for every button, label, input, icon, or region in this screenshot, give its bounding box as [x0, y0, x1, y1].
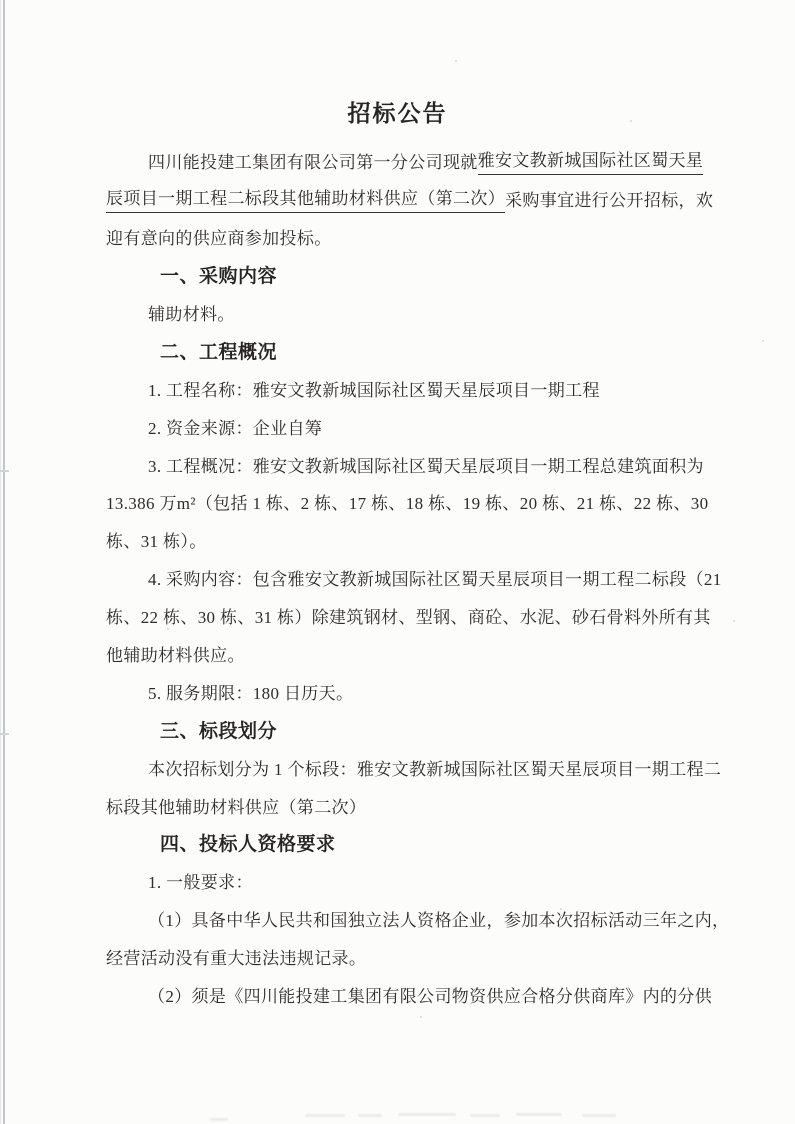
scan-edge-nick [0, 470, 9, 472]
text-line: 本次招标划分为 1 个标段：雅安文教新城国际社区蜀天星辰项目一期工程二 [106, 748, 696, 786]
bleed-through-mark [516, 1113, 562, 1116]
text-line: 栋、31 栋）。 [106, 521, 696, 559]
text-segment: 2. 资金来源：企业自筹 [148, 414, 322, 439]
bleed-through-mark [358, 1114, 382, 1117]
text-line: 辅助材料。 [106, 294, 696, 332]
document-lines: 四川能投建工集团有限公司第一分公司现就雅安文教新城国际社区蜀天星辰项目一期工程二… [106, 142, 696, 1013]
text-line: （1）具备中华人民共和国独立法人资格企业，参加本次招标活动三年之内， [106, 900, 696, 938]
scan-edge-line [3, 0, 5, 1124]
text-segment: 栋、22 栋、30 栋、31 栋）除建筑钢材、型钢、商砼、水泥、砂石骨料外所有其 [106, 603, 711, 628]
text-segment: （1）具备中华人民共和国独立法人资格企业，参加本次招标活动三年之内， [148, 906, 729, 931]
text-line: 经营活动没有重大违法违规记录。 [106, 938, 696, 976]
scan-speck [455, 60, 457, 62]
scanned-document-page: 招标公告 四川能投建工集团有限公司第一分公司现就雅安文教新城国际社区蜀天星辰项目… [0, 0, 795, 1124]
text-segment: 他辅助材料供应。 [106, 641, 245, 666]
text-segment: 二、工程概况 [160, 337, 277, 364]
page-title: 招标公告 [0, 95, 795, 128]
text-segment: 3. 工程概况：雅安文教新城国际社区蜀天星辰项目一期工程总建筑面积为 [148, 452, 704, 477]
scan-speck [420, 1016, 422, 1018]
text-line: 1. 一般要求： [106, 862, 696, 900]
text-line: 他辅助材料供应。 [106, 635, 696, 673]
section-heading: 二、工程概况 [106, 331, 696, 369]
text-segment: 四、投标人资格要求 [160, 829, 336, 856]
scan-edge-line-outer [0, 0, 1, 1124]
text-line: 5. 服务期限：180 日历天。 [106, 672, 696, 710]
scan-speck [762, 340, 764, 342]
text-line: 栋、22 栋、30 栋、31 栋）除建筑钢材、型钢、商砼、水泥、砂石骨料外所有其 [106, 597, 696, 635]
text-segment: 5. 服务期限：180 日历天。 [148, 679, 353, 704]
text-segment: 4. 采购内容：包含雅安文教新城国际社区蜀天星辰项目一期工程二标段（21 [148, 565, 722, 590]
text-segment: 13.386 万m²（包括 1 栋、2 栋、17 栋、18 栋、19 栋、20 … [106, 489, 708, 514]
underlined-text: 辰项目一期工程二标段其他辅助材料供应（第二次） [106, 184, 505, 213]
text-segment: 四川能投建工集团有限公司第一分公司现就 [148, 148, 478, 173]
text-line: 13.386 万m²（包括 1 栋、2 栋、17 栋、18 栋、19 栋、20 … [106, 483, 696, 521]
text-segment: 辅助材料。 [148, 300, 235, 325]
section-heading: 三、标段划分 [106, 710, 696, 748]
text-segment: 采购事宜进行公开招标，欢 [505, 186, 713, 211]
underlined-text: 雅安文教新城国际社区蜀天星 [478, 146, 704, 175]
text-line: 3. 工程概况：雅安文教新城国际社区蜀天星辰项目一期工程总建筑面积为 [106, 445, 696, 483]
text-segment: 一、采购内容 [160, 261, 277, 288]
text-line: 标段其他辅助材料供应（第二次） [106, 786, 696, 824]
text-segment: 1. 一般要求： [148, 868, 253, 893]
text-line: （2）须是《四川能投建工集团有限公司物资供应合格分供商库》内的分供 [106, 976, 696, 1014]
text-line: 迎有意向的供应商参加投标。 [106, 218, 696, 256]
text-line: 2. 资金来源：企业自筹 [106, 407, 696, 445]
text-segment: 迎有意向的供应商参加投标。 [106, 224, 332, 249]
bleed-through-mark [398, 1113, 456, 1116]
text-line: 1. 工程名称：雅安文教新城国际社区蜀天星辰项目一期工程 [106, 369, 696, 407]
bleed-through-mark [582, 1114, 616, 1117]
text-segment: 本次招标划分为 1 个标段：雅安文教新城国际社区蜀天星辰项目一期工程二 [148, 755, 721, 780]
text-line: 4. 采购内容：包含雅安文教新城国际社区蜀天星辰项目一期工程二标段（21 [106, 559, 696, 597]
bleed-through-mark [305, 1114, 345, 1117]
text-segment: 标段其他辅助材料供应（第二次） [106, 793, 366, 818]
text-segment: 1. 工程名称：雅安文教新城国际社区蜀天星辰项目一期工程 [148, 376, 600, 401]
scan-speck [733, 620, 735, 622]
bleed-through-mark [470, 1114, 500, 1117]
text-line: 四川能投建工集团有限公司第一分公司现就雅安文教新城国际社区蜀天星 [106, 142, 696, 180]
text-segment: 栋、31 栋）。 [106, 527, 207, 552]
section-heading: 一、采购内容 [106, 256, 696, 294]
section-heading: 四、投标人资格要求 [106, 824, 696, 862]
text-segment: （2）须是《四川能投建工集团有限公司物资供应合格分供商库》内的分供 [148, 982, 712, 1007]
text-line: 辰项目一期工程二标段其他辅助材料供应（第二次）采购事宜进行公开招标，欢 [106, 180, 696, 218]
scan-edge-nick [0, 733, 9, 735]
text-segment: 经营活动没有重大违法违规记录。 [106, 944, 366, 969]
text-segment: 三、标段划分 [160, 716, 277, 743]
bleed-through-mark [210, 1118, 228, 1121]
